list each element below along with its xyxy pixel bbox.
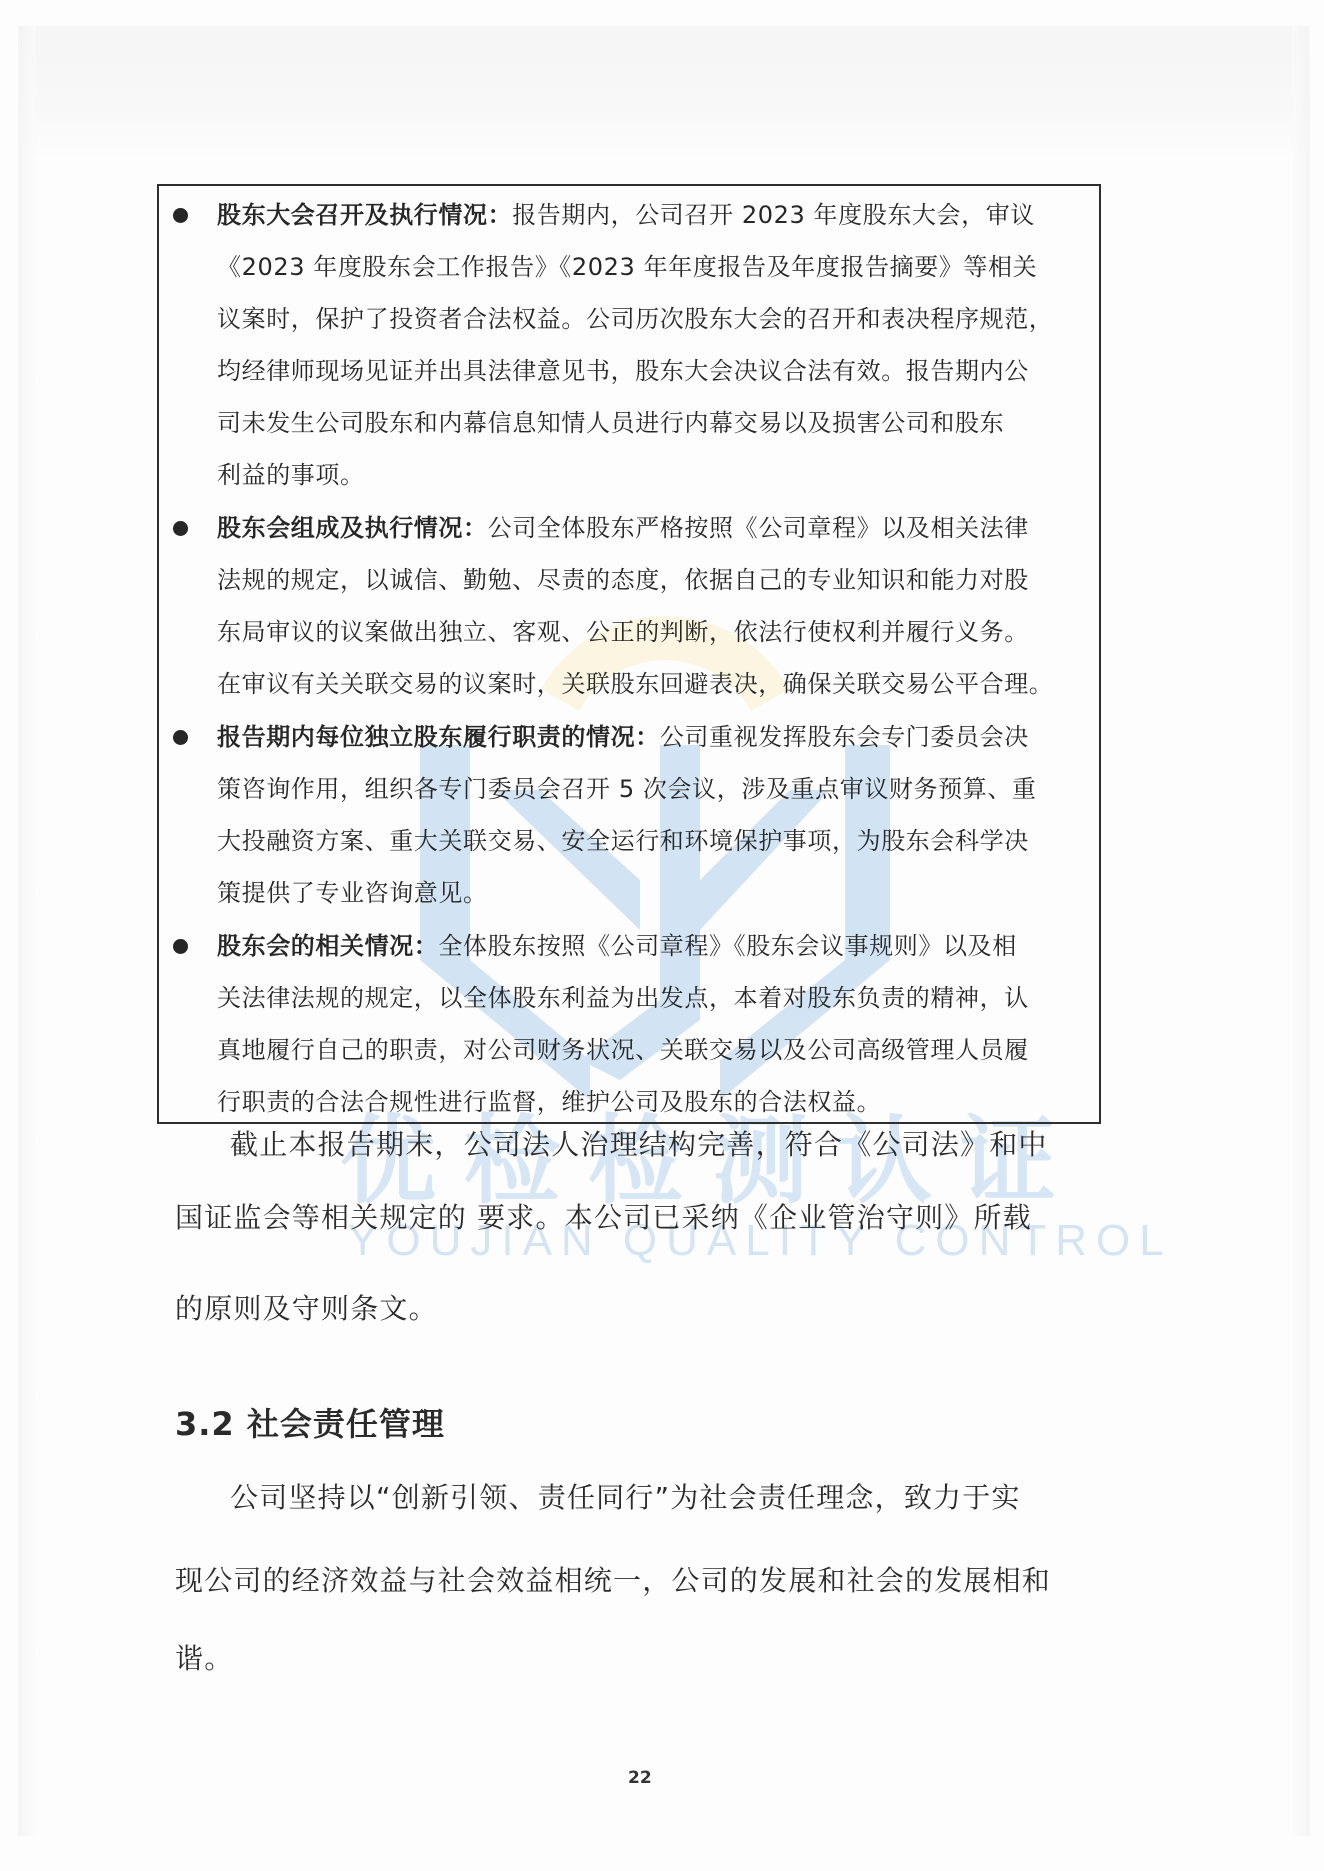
paragraph-line: 截止本报告期末，公司法人治理结构完善，符合《公司法》和中 (230, 1128, 1048, 1162)
bullet-line: 大投融资方案、重大关联交易、安全运行和环境保护事项，为股东会科学决 (217, 826, 1029, 856)
governance-bullet-box: 股东大会召开及执行情况：报告期内，公司召开 2023 年度股东大会，审议 《20… (157, 184, 1101, 1124)
bullet-text: 公司全体股东严格按照《公司章程》以及相关法律 (488, 514, 1029, 542)
bullet-line: 法规的规定，以诚信、勤勉、尽责的态度，依据自己的专业知识和能力对股 (217, 565, 1029, 595)
bullet-line: 行职责的合法合规性进行监督，维护公司及股东的合法权益。 (217, 1087, 881, 1117)
paragraph-line: 谐。 (175, 1642, 233, 1676)
bullet-text: 报告期内，公司召开 2023 年度股东大会，审议 (512, 201, 1035, 229)
bullet-title: 股东会组成及执行情况： (217, 514, 488, 542)
paragraph-line: 国证监会等相关规定的 要求。本公司已采纳《企业管治守则》所载 (175, 1201, 1032, 1235)
bullet-line: 议案时，保护了投资者合法权益。公司历次股东大会的召开和表决程序规范， (217, 304, 1053, 334)
paragraph-line: 的原则及守则条文。 (175, 1292, 438, 1326)
bullet-line: 策咨询作用，组织各专门委员会召开 5 次会议，涉及重点审议财务预算、重 (217, 774, 1037, 804)
scan-artifact-right (1292, 26, 1310, 1836)
paragraph-line: 现公司的经济效益与社会效益相统一，公司的发展和社会的发展相和 (175, 1564, 1051, 1598)
bullet-title: 股东大会召开及执行情况： (217, 201, 512, 229)
bullet-text: 全体股东按照《公司章程》《股东会议事规则》以及相 (438, 932, 1016, 960)
bullet-line: 均经律师现场见证并出具法律意见书，股东大会决议合法有效。报告期内公 (217, 356, 1029, 386)
bullet-line: 报告期内每位独立股东履行职责的情况：公司重视发挥股东会专门委员会决 (217, 722, 1029, 752)
bullet-line: 《2023 年度股东会工作报告》《2023 年年度报告及年度报告摘要》等相关 (217, 252, 1037, 282)
bullet-text: 公司重视发挥股东会专门委员会决 (660, 723, 1029, 751)
bullet-line: 股东会的相关情况：全体股东按照《公司章程》《股东会议事规则》以及相 (217, 931, 1017, 961)
bullet-dot-icon (173, 730, 188, 745)
scan-artifact-top (18, 26, 1308, 156)
bullet-line: 东局审议的议案做出独立、客观、公正的判断，依法行使权利并履行义务。 (217, 617, 1029, 647)
bullet-line: 关法律法规的规定，以全体股东利益为出发点，本着对股东负责的精神，认 (217, 983, 1029, 1013)
bullet-dot-icon (173, 208, 188, 223)
bullet-title: 报告期内每位独立股东履行职责的情况： (217, 723, 660, 751)
bullet-line: 股东大会召开及执行情况：报告期内，公司召开 2023 年度股东大会，审议 (217, 200, 1035, 230)
bullet-line: 策提供了专业咨询意见。 (217, 878, 488, 908)
bullet-dot-icon (173, 939, 188, 954)
bullet-line: 真地履行自己的职责，对公司财务状况、关联交易以及公司高级管理人员履 (217, 1035, 1029, 1065)
paragraph-line: 公司坚持以“创新引领、责任同行”为社会责任理念，致力于实 (230, 1481, 1021, 1515)
bullet-title: 股东会的相关情况： (217, 932, 438, 960)
section-heading: 3.2 社会责任管理 (175, 1404, 445, 1444)
bullet-dot-icon (173, 521, 188, 536)
page-number: 22 (628, 1768, 652, 1788)
bullet-line: 利益的事项。 (217, 460, 365, 490)
bullet-line: 司未发生公司股东和内幕信息知情人员进行内幕交易以及损害公司和股东 (217, 408, 1004, 438)
bullet-line: 股东会组成及执行情况：公司全体股东严格按照《公司章程》以及相关法律 (217, 513, 1029, 543)
scan-artifact-left (18, 26, 36, 1836)
bullet-line: 在审议有关关联交易的议案时，关联股东回避表决，确保关联交易公平合理。 (217, 669, 1053, 699)
